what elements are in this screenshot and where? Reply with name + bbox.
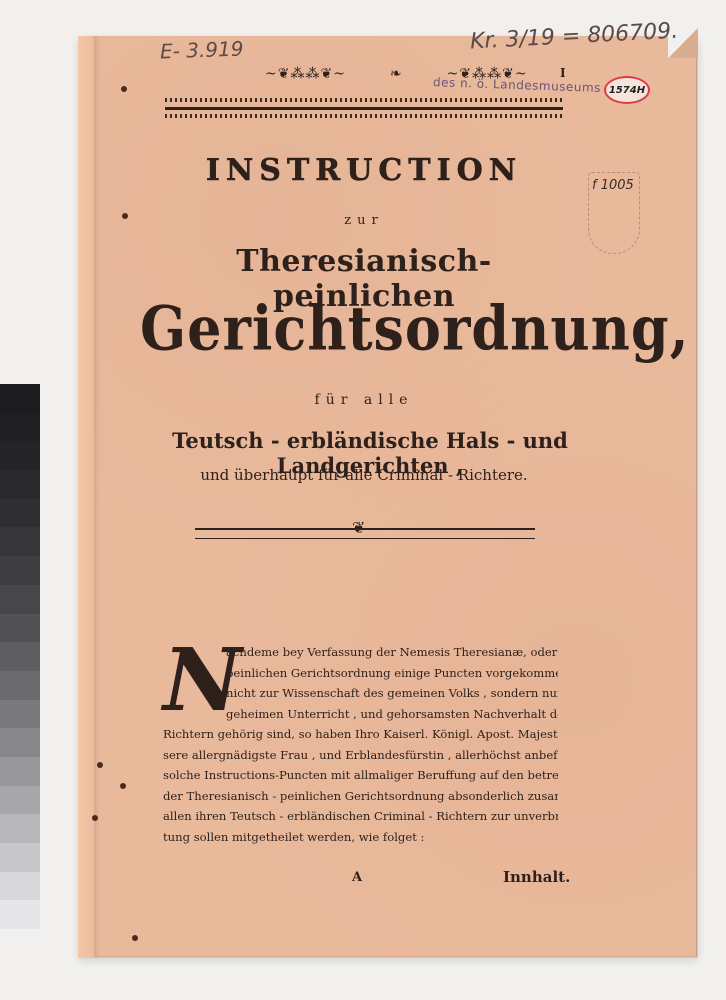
gray-step [0,642,40,671]
body-line: achdeme bey Verfassung der Nemesis There… [163,642,558,663]
fuer-alle: für alle [165,392,563,408]
body-line: nicht zur Wissenschaft des gemeinen Volk… [163,683,558,704]
library-stamp-number: f 1005 [592,178,634,193]
title-zur: zur [165,213,563,228]
gray-step [0,757,40,786]
gray-step [0,413,40,442]
binding-hole [120,783,126,789]
subtitle-gerichtsordnung: Gerichtsordnung, [140,292,600,364]
gray-step [0,872,40,901]
body-line: solche Instructions-Puncten mit allmalig… [163,765,558,786]
line-criminal-richtere: und überhaupt für alle Criminal - Richte… [165,466,563,484]
gray-step [0,527,40,556]
gray-step [0,728,40,757]
divider-ornament-icon: ❦ [352,518,365,537]
gray-step [0,671,40,700]
body-line: Richtern gehörig sind, so haben Ihro Kai… [163,724,558,745]
binding-hole [122,213,128,219]
gray-step [0,470,40,499]
red-oval-label: 1574H [604,76,650,104]
decorative-border-band [165,98,563,118]
label-number: 1574H [609,85,645,96]
body-line: allen ihren Teutsch - erbländischen Crim… [163,806,558,827]
gray-step [0,814,40,843]
binding-hole [121,86,127,92]
body-line: tung sollen mitgetheilet werden, wie fol… [163,827,558,848]
ornament-left: ~❦⁂⁂❦~ [265,66,346,82]
ornament-center: ❧ [390,66,403,82]
page-number: I [560,66,566,80]
gray-step [0,843,40,872]
gray-step [0,700,40,729]
title-instruction: INSTRUCTION [165,153,563,188]
gray-step [0,556,40,585]
binding-hole [97,762,103,768]
body-paragraph: achdeme bey Verfassung der Nemesis There… [163,642,558,847]
body-line: sere allergnädigste Frau , und Erblandes… [163,745,558,766]
binding-hole [132,935,138,941]
header-ornaments: ~❦⁂⁂❦~ ❧ ~❦⁂⁂❦~ [265,66,528,82]
gray-step [0,585,40,614]
gray-step [0,614,40,643]
grayscale-calibration-strip [0,384,40,929]
binding-hole [92,815,98,821]
body-line: peinlichen Gerichtsordnung einige Puncte… [163,663,558,684]
body-line: der Theresianisch - peinlichen Gerichtso… [163,786,558,807]
gray-step [0,384,40,413]
gray-step [0,499,40,528]
gray-step [0,441,40,470]
shelfmark-annotation: E- 3.919 [160,37,244,64]
catchword: Innhalt. [503,868,570,886]
body-line: geheimen Unterricht , und gehorsamsten N… [163,704,558,725]
gray-step [0,900,40,929]
ornament-right: ~❦⁂⁂❦~ [447,66,528,82]
signature-mark: A [352,870,362,885]
gray-step [0,786,40,815]
